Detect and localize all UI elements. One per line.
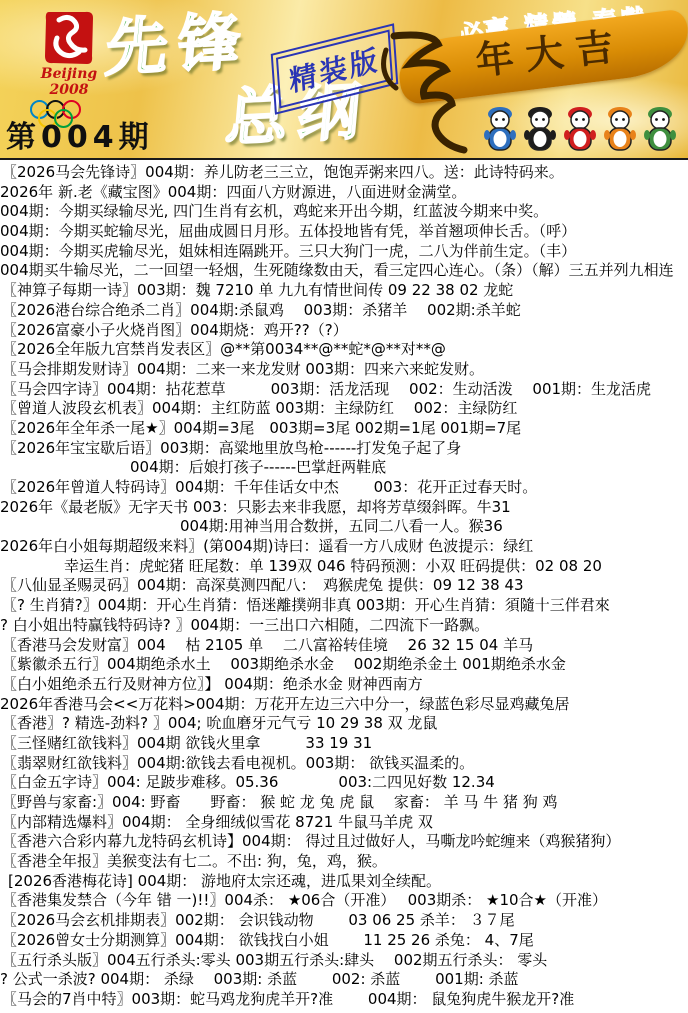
text-line: 〖香港〗? 精选-劲料? 〗004; 吮血磨牙元气亏 10 29 38 双 龙鼠 <box>0 714 688 734</box>
text-line: 〖2026富豪小子火烧肖图〗004期烧：鸡开??（?） <box>0 321 688 341</box>
text-line: 004期：今期买虎输尽光，姐妹相连隔跳开。三只大狗门一虎，二八为伴前生定。（丰） <box>0 242 688 262</box>
text-line: ? 公式一杀波? 004期： 杀绿 003期: 杀蓝 002: 杀蓝 001期:… <box>0 970 688 990</box>
text-line: 〖香港六合彩内幕九龙特码玄机诗】004期： 得过且过做好人，马嘶龙吟蛇缠来（鸡猴… <box>0 832 688 852</box>
text-line: 〖白金五字诗〗004: 足跛步难移。05.36 003:二四见好数 12.34 <box>0 773 688 793</box>
text-line: 2026年《最老版》无字天书 003：只影去来非我愿，却将芳草缀斜晖。牛31 <box>0 498 688 518</box>
beijing-2008-logo-text: Beijing 2008 <box>24 66 114 98</box>
text-line: 〖马会四字诗〗004期：拈花惹草 003期：活龙活现 002：生动活泼 001期… <box>0 380 688 400</box>
text-line: 〖2026年全年杀一尾★〗004期=3尾 003期=3尾 002期=1尾 001… <box>0 419 688 439</box>
fuwa-green-icon <box>642 106 678 156</box>
fuwa-blue-icon <box>482 106 518 156</box>
text-line: 004期买牛输尽光，二一回望一轻烟，生死随缘数由天，看三定四心连心。（条）（解）… <box>0 261 688 281</box>
text-line: 〖2026年宝宝歇后语〗003期：高粱地里放鸟枪------打发兔子起了身 <box>0 439 688 459</box>
text-line: 〖2026马会先锋诗〗004期：养儿防老三三立，饱饱弄粥来四八。送：此诗特码来。 <box>0 163 688 183</box>
text-line: 〖白小姐绝杀五行及财神方位〗】 004期：绝杀水金 财神西南方 <box>0 675 688 695</box>
text-line: 〖三怪赌红欲钱料〗004期 欲钱火里拿 33 19 31 <box>0 734 688 754</box>
text-line: 〖2026年曾道人特码诗〗004期：千年佳话女中杰 003：花开正过春天时。 <box>0 478 688 498</box>
text-line: 2026年香港马会<<万花料>004期：万花开左边三六中分一，绿蓝色彩尽显鸡藏兔… <box>0 695 688 715</box>
text-line: 〖香港全年报〗美猴变法有七二。不出: 狗，兔，鸡，猴。 <box>0 852 688 872</box>
text-line: 〖五行杀头版〗004五行杀头:零头 003期五行杀头:肆头 002期五行杀头： … <box>0 951 688 971</box>
text-line: 〖紫徽杀五行〗004期绝杀水土 003期绝杀水金 002期绝杀金土 001期绝杀… <box>0 655 688 675</box>
text-line: 2026年 新.老《藏宝图》004期：四面八方财源进，八面进财金满堂。 <box>0 183 688 203</box>
fuwa-panda-icon <box>522 106 558 156</box>
text-line: 004期:用神当用合数拼，五同二八看一人。猴36 <box>0 517 688 537</box>
text-line: 〖香港集发禁合（今年 错 一)!!〗004杀： ★06合（开准） 003期杀： … <box>0 891 688 911</box>
text-line: 〖2026全年版九宫禁肖发表区〗@**第0034**@**蛇*@**对**@ <box>0 340 688 360</box>
fuwa-red-icon <box>562 106 598 156</box>
text-line: 004期：今期买蛇输尽光，屈曲成圆日月形。五体投地皆有凭，举首翘项伸长舌。（呼） <box>0 222 688 242</box>
text-line: 〖2026港台综合绝杀二肖〗004期:杀鼠鸡 003期：杀猪羊 002期:杀羊蛇 <box>0 301 688 321</box>
text-line: 〖2026马会玄机排期表〗002期： 会识钱动物 03 06 25 杀羊： ３７… <box>0 911 688 931</box>
text-line: 〖内部精选爆料〗004期： 全身细绒似雪花 8721 牛鼠马羊虎 双 <box>0 813 688 833</box>
text-line: 〖翡翠财红欲钱料〗004期:欲钱去看电视机。003期： 欲钱买温柔的。 <box>0 754 688 774</box>
text-line: 〖2026曾女士分期测算〗004期： 欲钱找白小姐 11 25 26 杀兔： 4… <box>0 931 688 951</box>
text-line: 〖曾道人波段玄机表〗004期：主红防蓝 003期：主绿防红 002：主绿防红 <box>0 399 688 419</box>
text-line: 〖马会排期发财诗〗004期：二来一来龙发财 003期：四来六来蛇发财。 <box>0 360 688 380</box>
text-line: 2026年白小姐每期超级来料〗(第004期)诗曰：遥看一方八成财 色波提示：绿红 <box>0 537 688 557</box>
text-line: 〖马会的7肖中特〗003期：蛇马鸡龙狗虎羊开?准 004期： 鼠兔狗虎牛猴龙开?… <box>0 990 688 1010</box>
masthead-title-line1: 先锋 <box>103 10 252 80</box>
text-line: 〖? 生肖猜?〗004期：开心生肖猜：悟迷離撲朔非真 003期：开心生肖猜：須隨… <box>0 596 688 616</box>
text-line: 004期：今期买绿输尽光, 四门生肖有玄机，鸡蛇来开出今期，红蓝波今期来中奖。 <box>0 202 688 222</box>
text-line: 幸运生肖：虎蛇猪 旺尾数：单 139双 046 特码预测：小双 旺码提供：02 … <box>0 557 688 577</box>
pioneer-tipsheet-page: Beijing 2008 第004期 先锋 总纲 精装版 必赢 精髓 奉獻 長跟… <box>0 0 688 1013</box>
fuwa-mascots <box>482 106 682 156</box>
text-line: ? 白小姐出特赢钱特码诗? 〗004期：一三出口六相随，二四流下一路飘。 <box>0 616 688 636</box>
text-line: 〖八仙显圣赐灵码〗004期：高深莫测四配八： 鸡猴虎兔 提供：09 12 38 … <box>0 576 688 596</box>
dancing-figure-seal-icon <box>43 8 95 68</box>
fuwa-orange-icon <box>602 106 638 156</box>
text-line: 004期：后娘打孩子------巴掌赶两鞋底 <box>0 458 688 478</box>
tips-text-block: 〖2026马会先锋诗〗004期：养儿防老三三立，饱饱弄粥来四八。送：此诗特码来。… <box>0 160 688 1010</box>
issue-number: 第004期 <box>6 112 236 156</box>
text-line: 〖神算子每期一诗〗003期：魏 7210 单 九九有情世间传 09 22 38 … <box>0 281 688 301</box>
header-banner: Beijing 2008 第004期 先锋 总纲 精装版 必赢 精髓 奉獻 長跟… <box>0 0 688 160</box>
text-line: 〖野兽与家畜:〗004: 野畜 野畜： 猴 蛇 龙 兔 虎 鼠 家畜： 羊 马 … <box>0 793 688 813</box>
text-line: 〖香港马会发财富〗004 枯 2105 单 二八富裕转佳境 26 32 15 0… <box>0 636 688 656</box>
text-line: [2026香港梅花诗] 004期： 游地府太宗还魂，进瓜果刘全续配。 <box>0 872 688 892</box>
